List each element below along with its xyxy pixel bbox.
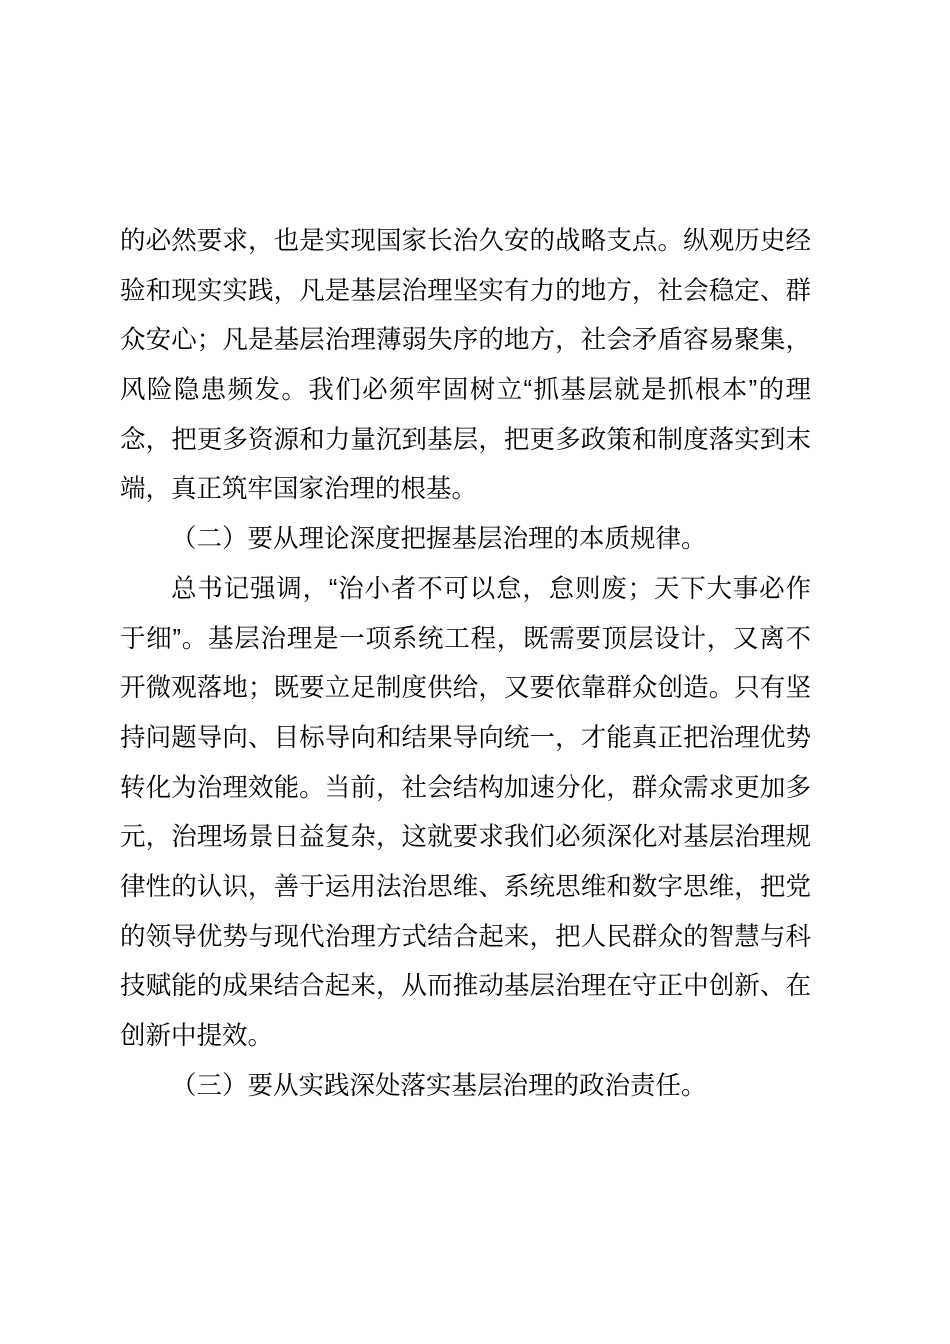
text-line: 元，治理场景日益复杂，这就要求我们必须深化对基层治理规 bbox=[120, 813, 811, 863]
text-line: 创新中提效。 bbox=[120, 1012, 811, 1062]
text-line: 验和现实实践，凡是基层治理坚实有力的地方，社会稳定、群 bbox=[120, 267, 811, 317]
text-line: 风险隐患频发。我们必须牢固树立“抓基层就是抓根本”的理 bbox=[120, 366, 811, 416]
text-line: 开微观落地；既要立足制度供给，又要依靠群众创造。只有坚 bbox=[120, 664, 811, 714]
text-line: 念，把更多资源和力量沉到基层，把更多政策和制度落实到末 bbox=[120, 416, 811, 466]
document-page: 的必然要求，也是实现国家长治久安的战略支点。纵观历史经验和现实实践，凡是基层治理… bbox=[0, 0, 950, 1344]
text-line: 持问题导向、目标导向和结果导向统一，才能真正把治理优势 bbox=[120, 714, 811, 764]
text-line: 总书记强调，“治小者不可以怠，怠则废；天下大事必作 bbox=[120, 565, 811, 615]
document-body-text: 的必然要求，也是实现国家长治久安的战略支点。纵观历史经验和现实实践，凡是基层治理… bbox=[120, 217, 811, 1111]
text-line: （三）要从实践深处落实基层治理的政治责任。 bbox=[120, 1062, 811, 1112]
text-line: 律性的认识，善于运用法治思维、系统思维和数字思维，把党 bbox=[120, 863, 811, 913]
text-line: 的必然要求，也是实现国家长治久安的战略支点。纵观历史经 bbox=[120, 217, 811, 267]
text-line: 的领导优势与现代治理方式结合起来，把人民群众的智慧与科 bbox=[120, 913, 811, 963]
text-line: 于细”。基层治理是一项系统工程，既需要顶层设计，又离不 bbox=[120, 615, 811, 665]
text-line: 端，真正筑牢国家治理的根基。 bbox=[120, 465, 811, 515]
text-line: 众安心；凡是基层治理薄弱失序的地方，社会矛盾容易聚集， bbox=[120, 316, 811, 366]
text-line: 技赋能的成果结合起来，从而推动基层治理在守正中创新、在 bbox=[120, 962, 811, 1012]
text-line: 转化为治理效能。当前，社会结构加速分化，群众需求更加多 bbox=[120, 764, 811, 814]
text-line: （二）要从理论深度把握基层治理的本质规律。 bbox=[120, 515, 811, 565]
